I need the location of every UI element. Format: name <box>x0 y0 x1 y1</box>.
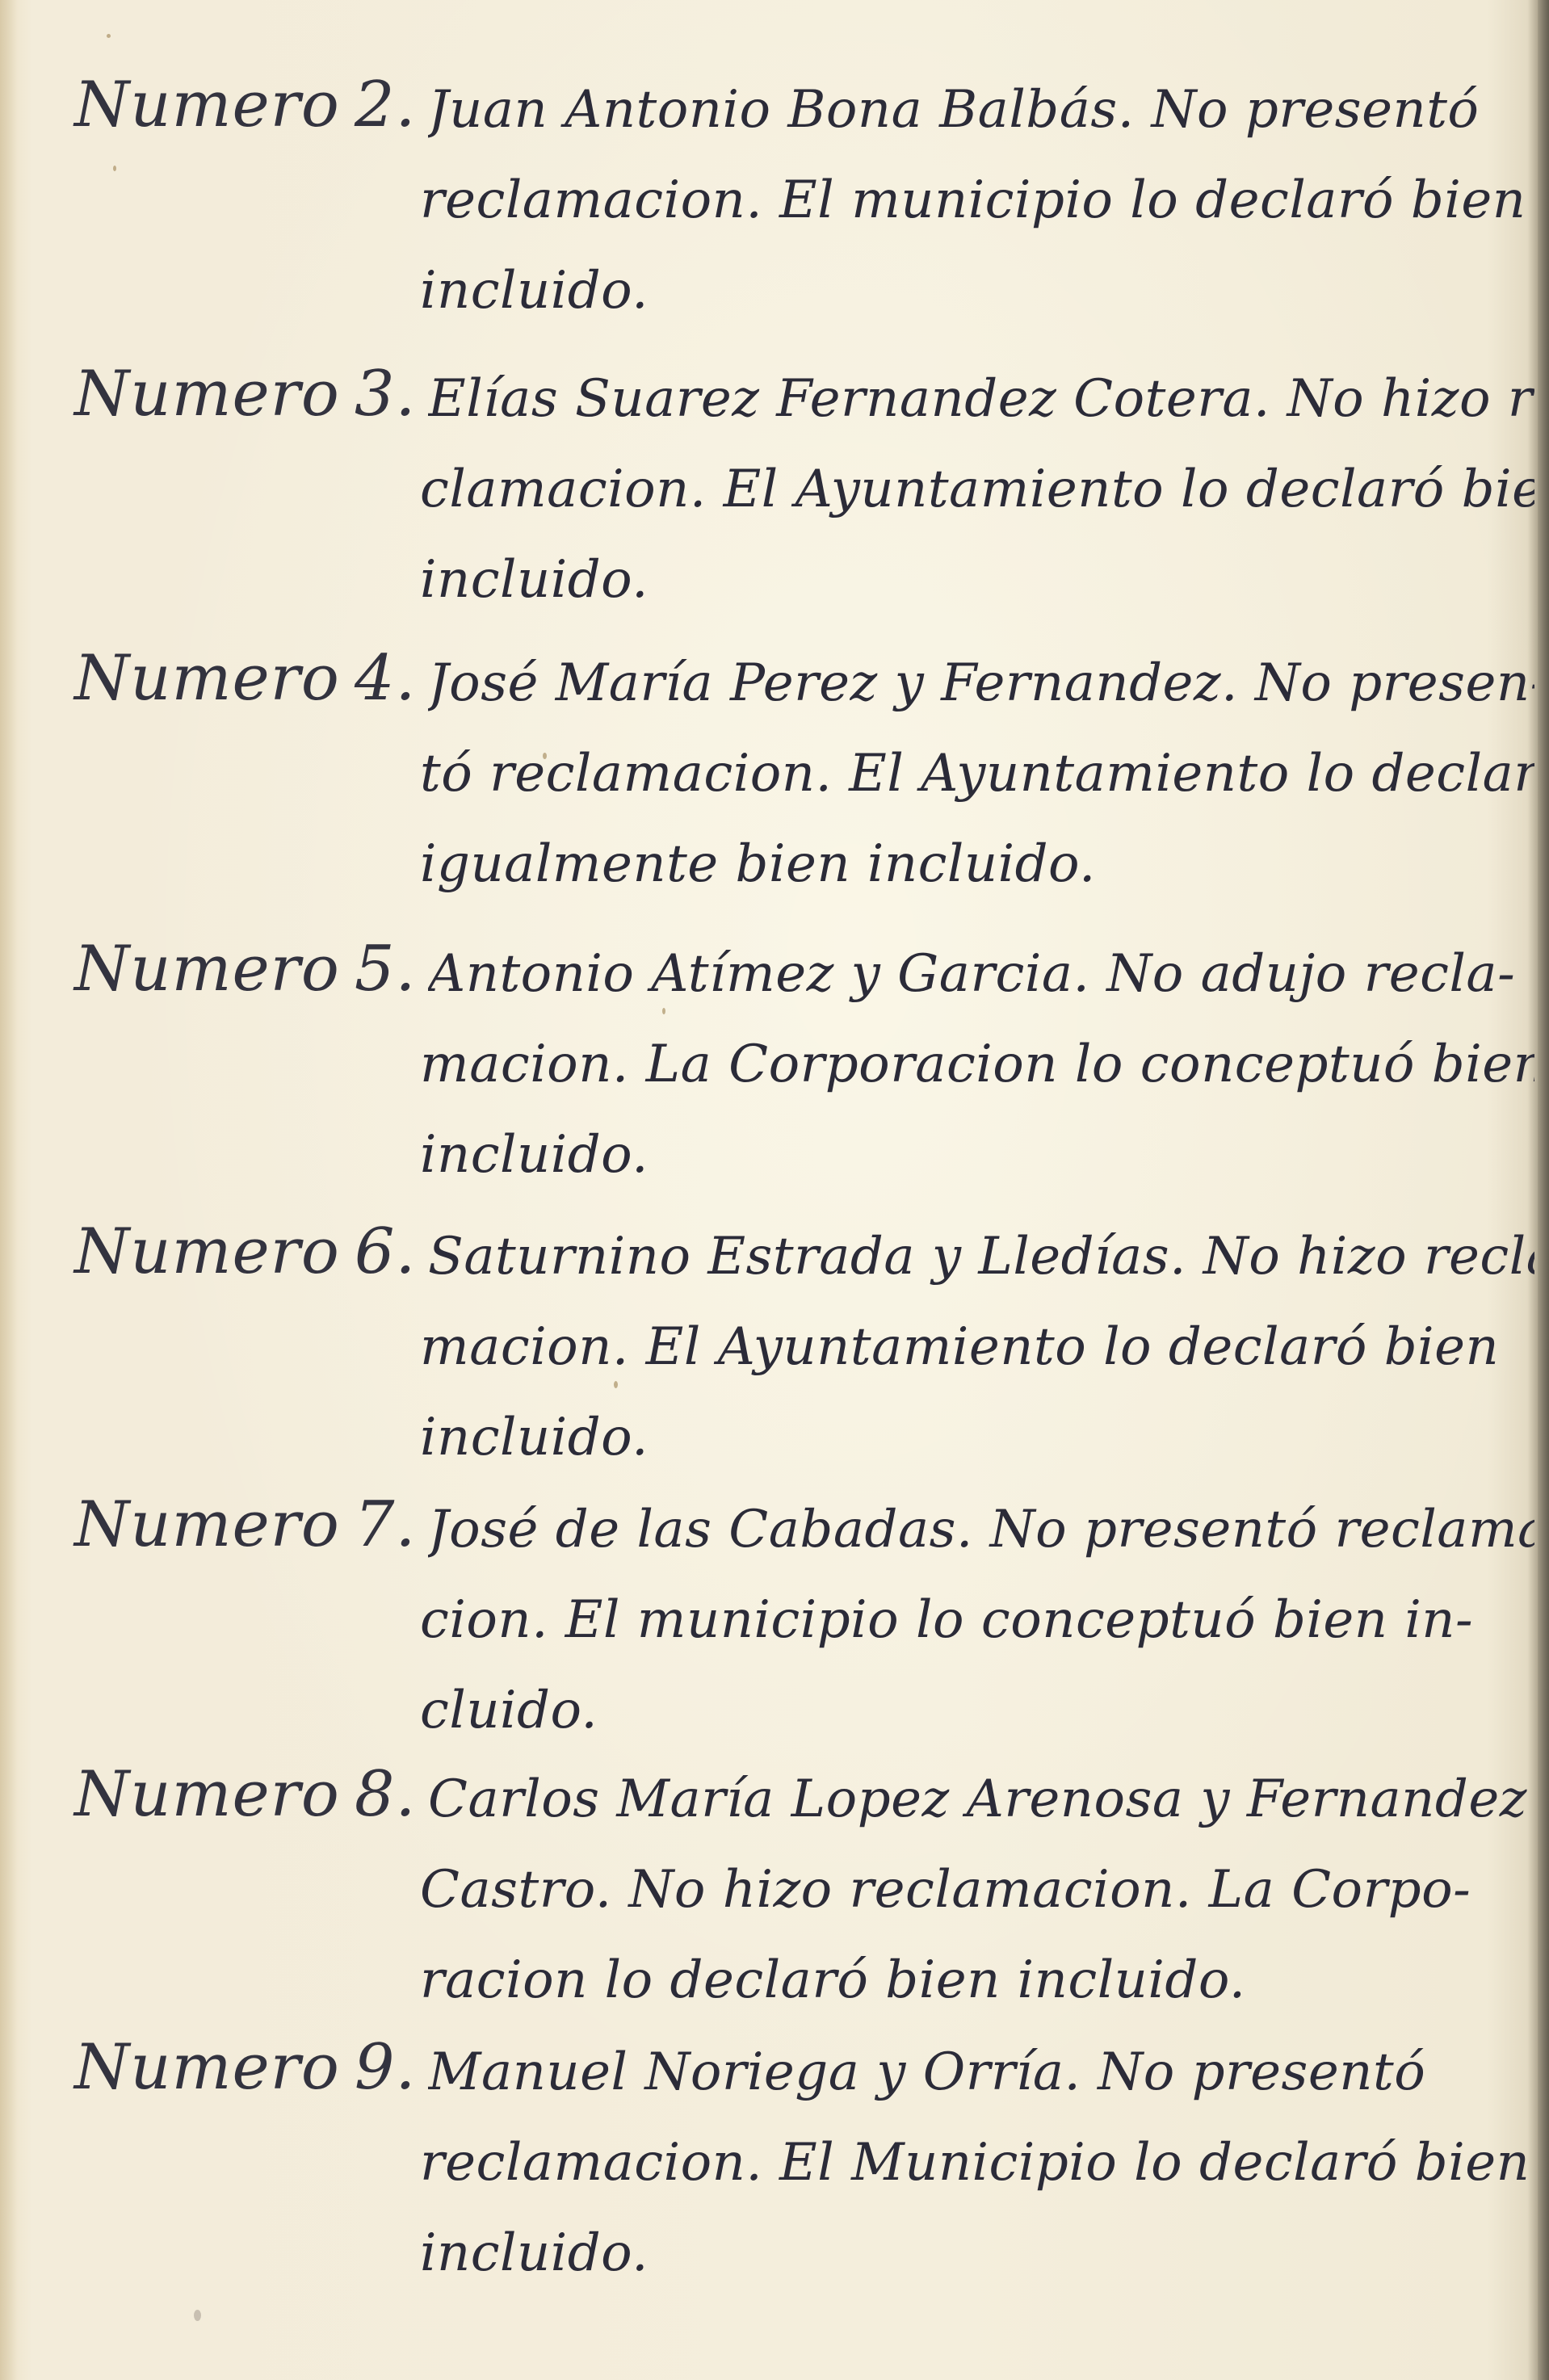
entry-line: incluido. <box>420 1392 1534 1483</box>
page-left-edge <box>0 0 18 2380</box>
entry-line: incluido. <box>420 246 1534 336</box>
binding-gutter-shadow <box>1538 0 1549 2380</box>
entry-text: Juan Antonio Bona Balbás. No presentó re… <box>428 65 1534 336</box>
entry-text: Antonio Atímez y Garcia. No adujo recla-… <box>428 929 1534 1200</box>
entry-label-word: Numero <box>74 69 340 141</box>
entry-label: Numero6. <box>74 1211 422 1292</box>
entry-text: Carlos María Lopez Arenosa y Fernandez C… <box>428 1754 1534 2025</box>
entry-label: Numero4. <box>74 638 422 719</box>
entry-line: racion lo declaró bien incluido. <box>420 1935 1534 2025</box>
entry-line: Manuel Noriega y Orría. No presentó <box>428 2027 1534 2118</box>
entry-line: incluido. <box>420 535 1534 625</box>
entry-label: Numero7. <box>74 1484 422 1565</box>
entry-text: José María Perez y Fernandez. No presen-… <box>428 638 1534 909</box>
entry-number: 2. <box>355 69 416 141</box>
entry-text: José de las Cabadas. No presentó reclama… <box>428 1484 1534 1756</box>
entry-line: Carlos María Lopez Arenosa y Fernandez <box>428 1754 1534 1845</box>
entry-label: Numero3. <box>74 354 422 434</box>
entry-line: incluido. <box>420 2208 1534 2298</box>
entry-line: José de las Cabadas. No presentó reclama… <box>428 1484 1534 1575</box>
manuscript-page: Numero2. Juan Antonio Bona Balbás. No pr… <box>0 0 1549 2380</box>
entry-label-word: Numero <box>74 1758 340 1831</box>
entry-line: José María Perez y Fernandez. No presen- <box>428 638 1534 728</box>
paper-speck <box>113 166 116 171</box>
entry-label-word: Numero <box>74 933 340 1005</box>
entry-label-word: Numero <box>74 642 340 715</box>
entry-number: 5. <box>355 933 416 1005</box>
entry-number: 6. <box>355 1215 416 1288</box>
paper-smudge <box>194 2310 201 2321</box>
entry-line: macion. El Ayuntamiento lo declaró bien <box>420 1302 1534 1392</box>
entry-line: clamacion. El Ayuntamiento lo declaró bi… <box>420 444 1534 535</box>
entry-line: Juan Antonio Bona Balbás. No presentó <box>428 65 1534 155</box>
entry-line: cion. El municipio lo conceptuó bien in- <box>420 1575 1534 1665</box>
entry-label-word: Numero <box>74 1488 340 1561</box>
entry-line: macion. La Corporacion lo conceptuó bien <box>420 1019 1534 1110</box>
entry-label: Numero5. <box>74 929 422 1010</box>
entry-label-word: Numero <box>74 2031 340 2104</box>
entry-line: cluido. <box>420 1665 1534 1756</box>
entry-label-word: Numero <box>74 1215 340 1288</box>
entry-line: Saturnino Estrada y Lledías. No hizo rec… <box>428 1211 1534 1302</box>
entry-line: reclamacion. El municipio lo declaró bie… <box>420 155 1534 246</box>
entry-line: tó reclamacion. El Ayuntamiento lo decla… <box>420 728 1534 819</box>
entry-number: 8. <box>355 1758 416 1831</box>
entry-line: reclamacion. El Municipio lo declaró bie… <box>420 2118 1534 2208</box>
entry-text: Manuel Noriega y Orría. No presentó recl… <box>428 2027 1534 2298</box>
paper-speck <box>107 34 111 38</box>
entry-line: Antonio Atímez y Garcia. No adujo recla- <box>428 929 1534 1019</box>
entry-line: Castro. No hizo reclamacion. La Corpo- <box>420 1845 1534 1935</box>
entry-label-word: Numero <box>74 358 340 430</box>
entry-number: 7. <box>355 1488 416 1561</box>
entry-line: igualmente bien incluido. <box>420 819 1534 909</box>
entry-line: Elías Suarez Fernandez Cotera. No hizo r… <box>428 354 1534 444</box>
entry-text: Elías Suarez Fernandez Cotera. No hizo r… <box>428 354 1534 625</box>
entry-text: Saturnino Estrada y Lledías. No hizo rec… <box>428 1211 1534 1483</box>
entry-number: 4. <box>355 642 416 715</box>
entry-label: Numero9. <box>74 2027 422 2108</box>
entry-line: incluido. <box>420 1110 1534 1200</box>
entry-number: 3. <box>355 358 416 430</box>
entry-number: 9. <box>355 2031 416 2104</box>
entry-label: Numero8. <box>74 1754 422 1835</box>
entry-label: Numero2. <box>74 65 422 145</box>
